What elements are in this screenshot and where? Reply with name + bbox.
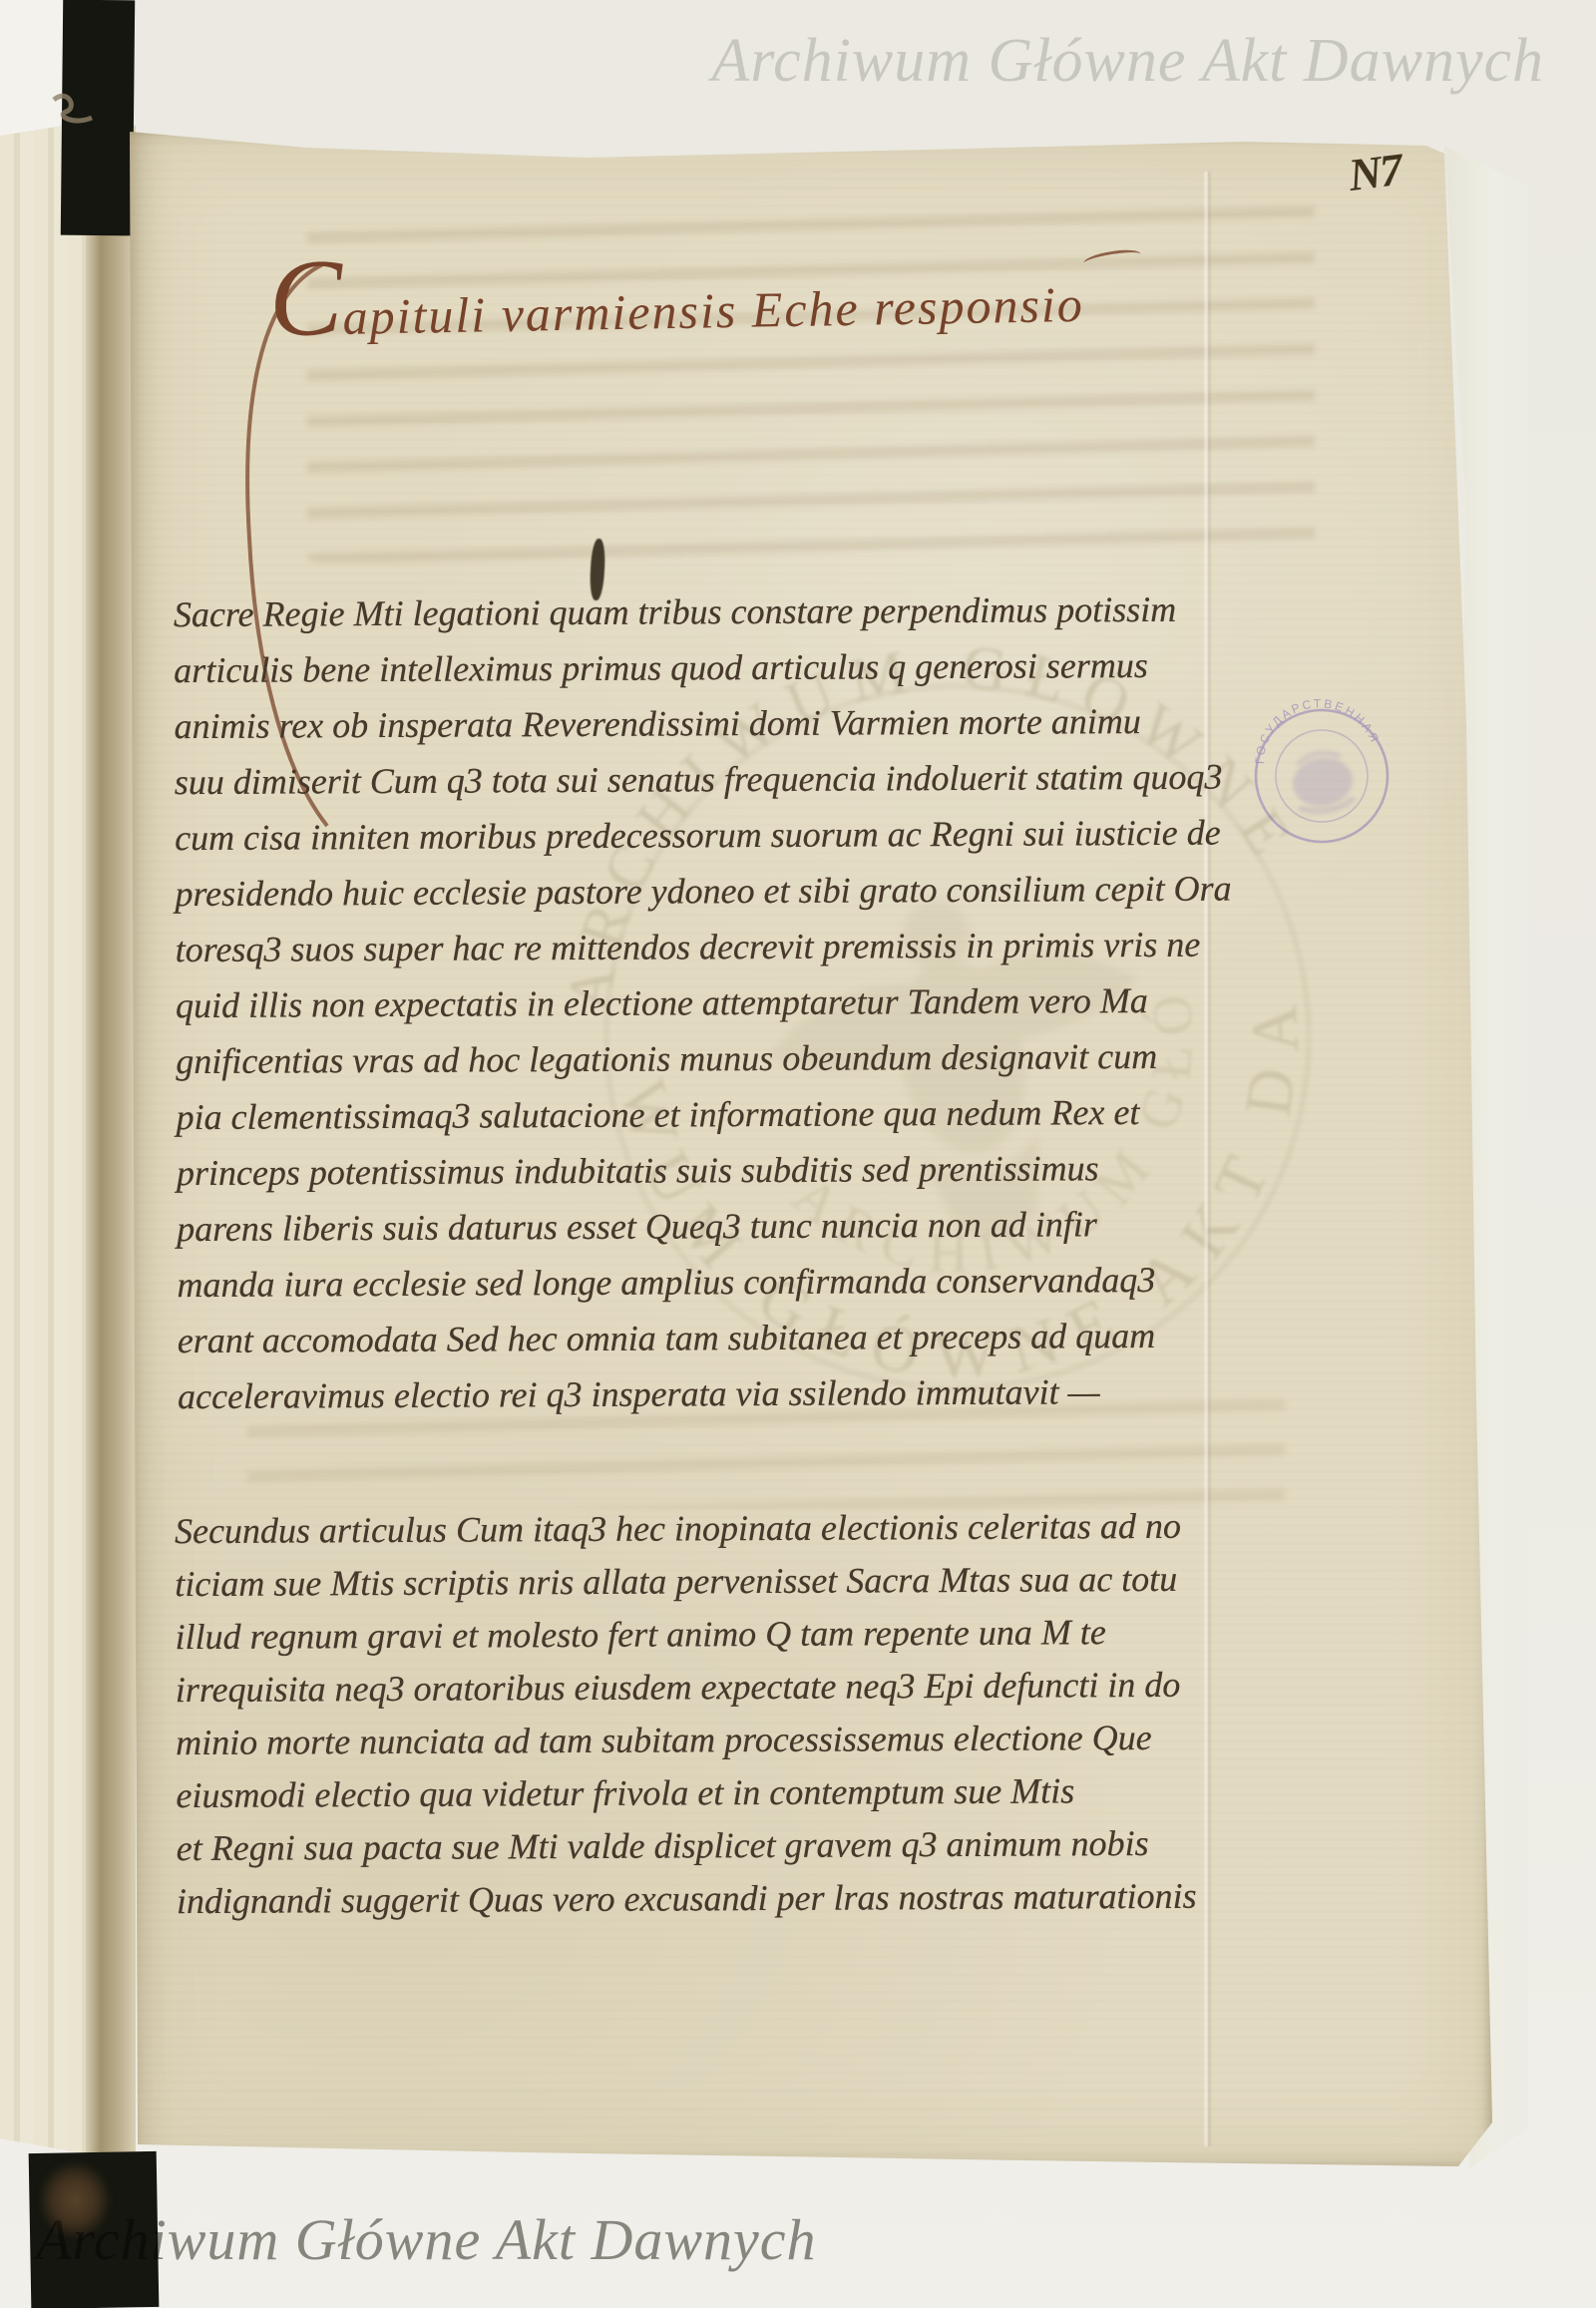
page-title: Capituli varmiensis Eche responsio	[268, 236, 1085, 366]
manuscript-text-line: suu dimiserit Cum q3 tota sui senatus fr…	[175, 748, 1352, 810]
manuscript-text-line: acceleravimus electio rei q3 insperata v…	[178, 1362, 1355, 1424]
manuscript-text-line: pia clementissimaq3 salutacione et infor…	[176, 1083, 1353, 1145]
manuscript-page: ARCHIWUM GŁÓWNE ARCHIWUM GŁÓWNE AKT DAWN…	[128, 124, 1496, 2174]
folio-number: N7	[1346, 143, 1403, 201]
manuscript-text-line: manda iura ecclesie sed longe amplius co…	[177, 1251, 1354, 1313]
manuscript-text-line: articulis bene intelleximus primus quod …	[174, 636, 1351, 698]
left-page-edges	[0, 122, 88, 2154]
manuscript-text-line: Secundus articulus Cum itaq3 hec inopina…	[175, 1499, 1352, 1558]
heading-flourish	[1082, 247, 1142, 271]
archive-watermark-top: Archiwum Główne Akt Dawnych	[711, 26, 1544, 97]
loose-thread	[48, 86, 108, 146]
manuscript-text-line: cum cisa inniten moribus predecessorum s…	[175, 804, 1352, 866]
frayed-binding-patch	[38, 2160, 112, 2240]
manuscript-text-line: presidendo huic ecclesie pastore ydoneo …	[175, 860, 1352, 922]
stamp-center-emblem	[1288, 748, 1357, 816]
manuscript-text-line: minio morte nunciata ad tam subitam proc…	[176, 1711, 1353, 1769]
manuscript-text-line: quid illis non expectatis in electione a…	[176, 971, 1353, 1033]
manuscript-text-line: irrequisita neq3 oratoribus eiusdem expe…	[176, 1658, 1353, 1717]
violet-round-stamp: ГОСУДАРСТВЕННАЯ	[1242, 696, 1401, 856]
manuscript-text-line: Sacre Regie Mti legationi quam tribus co…	[174, 580, 1351, 642]
manuscript-text-line: animis rex ob insperata Reverendissimi d…	[174, 692, 1351, 754]
manuscript-text-line: indignandi suggerit Quas vero excusandi …	[177, 1869, 1354, 1928]
manuscript-text-line: parens liberis suis daturus esset Queq3 …	[177, 1195, 1354, 1257]
scan-background: Archiwum Główne Akt Dawnych ARCHIWUM GŁÓ…	[0, 0, 1596, 2308]
paragraph-2: Secundus articulus Cum itaq3 hec inopina…	[175, 1499, 1354, 1928]
paragraph-1: Sacre Regie Mti legationi quam tribus co…	[174, 580, 1355, 1424]
manuscript-text-line: ticiam sue Mtis scriptis nris allata per…	[175, 1552, 1352, 1611]
binding-gutter-shadow	[86, 126, 136, 2156]
manuscript-text-line: illud regnum gravi et molesto fert animo…	[175, 1605, 1352, 1664]
manuscript-text-line: erant accomodata Sed hec omnia tam subit…	[178, 1307, 1355, 1368]
manuscript-text-line: toresq3 suos super hac re mittendos decr…	[176, 916, 1353, 977]
manuscript-text-line: princeps potentissimus indubitatis suis …	[177, 1139, 1354, 1201]
manuscript-text-line: gnificentias vras ad hoc legationis munu…	[176, 1027, 1353, 1089]
manuscript-text-line: et Regni sua pacta sue Mti valde displic…	[177, 1816, 1354, 1875]
manuscript-text-line: eiusmodi electio qua videtur frivola et …	[176, 1763, 1353, 1822]
